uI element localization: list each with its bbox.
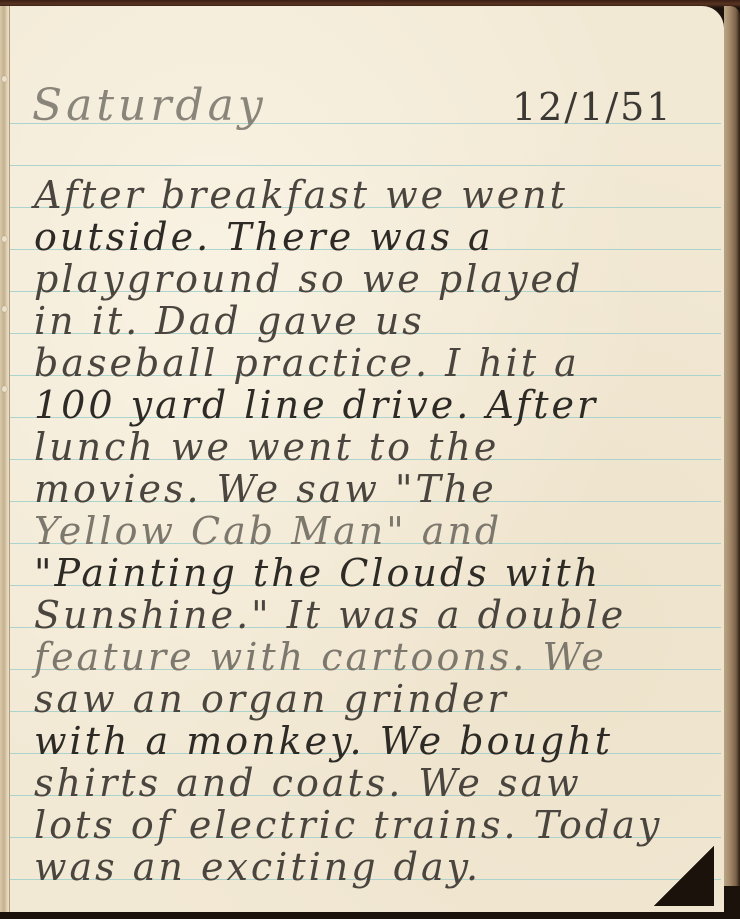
diary-line: feature with cartoons. We [34,638,607,676]
diary-line: lunch we went to the [34,428,499,466]
binding-stitch [2,306,7,312]
ruled-line [9,165,721,166]
diary-line: 100 yard line drive. After [34,386,598,424]
page-binding-edge [0,6,10,912]
diary-page: Saturday 12/1/51 After breakfast we went… [0,6,724,912]
diary-line: After breakfast we went [34,176,568,214]
diary-line: Yellow Cab Man" and [34,512,502,550]
diary-day-heading: Saturday [32,84,267,128]
diary-line: with a monkey. We bought [34,722,613,760]
diary-line: was an exciting day. [34,848,481,886]
diary-line: in it. Dad gave us [34,302,425,340]
diary-line: movies. We saw "The [34,470,497,508]
folded-corner [654,846,714,906]
diary-line: saw an organ grinder [34,680,509,718]
page-stack-edge [724,6,740,886]
diary-line: Sunshine." It was a double [34,596,626,634]
diary-line: outside. There was a [34,218,494,256]
diary-line: "Painting the Clouds with [34,554,601,592]
binding-stitch [2,236,7,242]
diary-line: baseball practice. I hit a [34,344,580,382]
binding-stitch [2,76,7,82]
diary-line: lots of electric trains. Today [34,806,662,844]
diary-line: playground so we played [34,260,583,298]
binding-stitch [2,386,7,392]
diary-date: 12/1/51 [512,88,673,126]
diary-line: shirts and coats. We saw [34,764,582,802]
